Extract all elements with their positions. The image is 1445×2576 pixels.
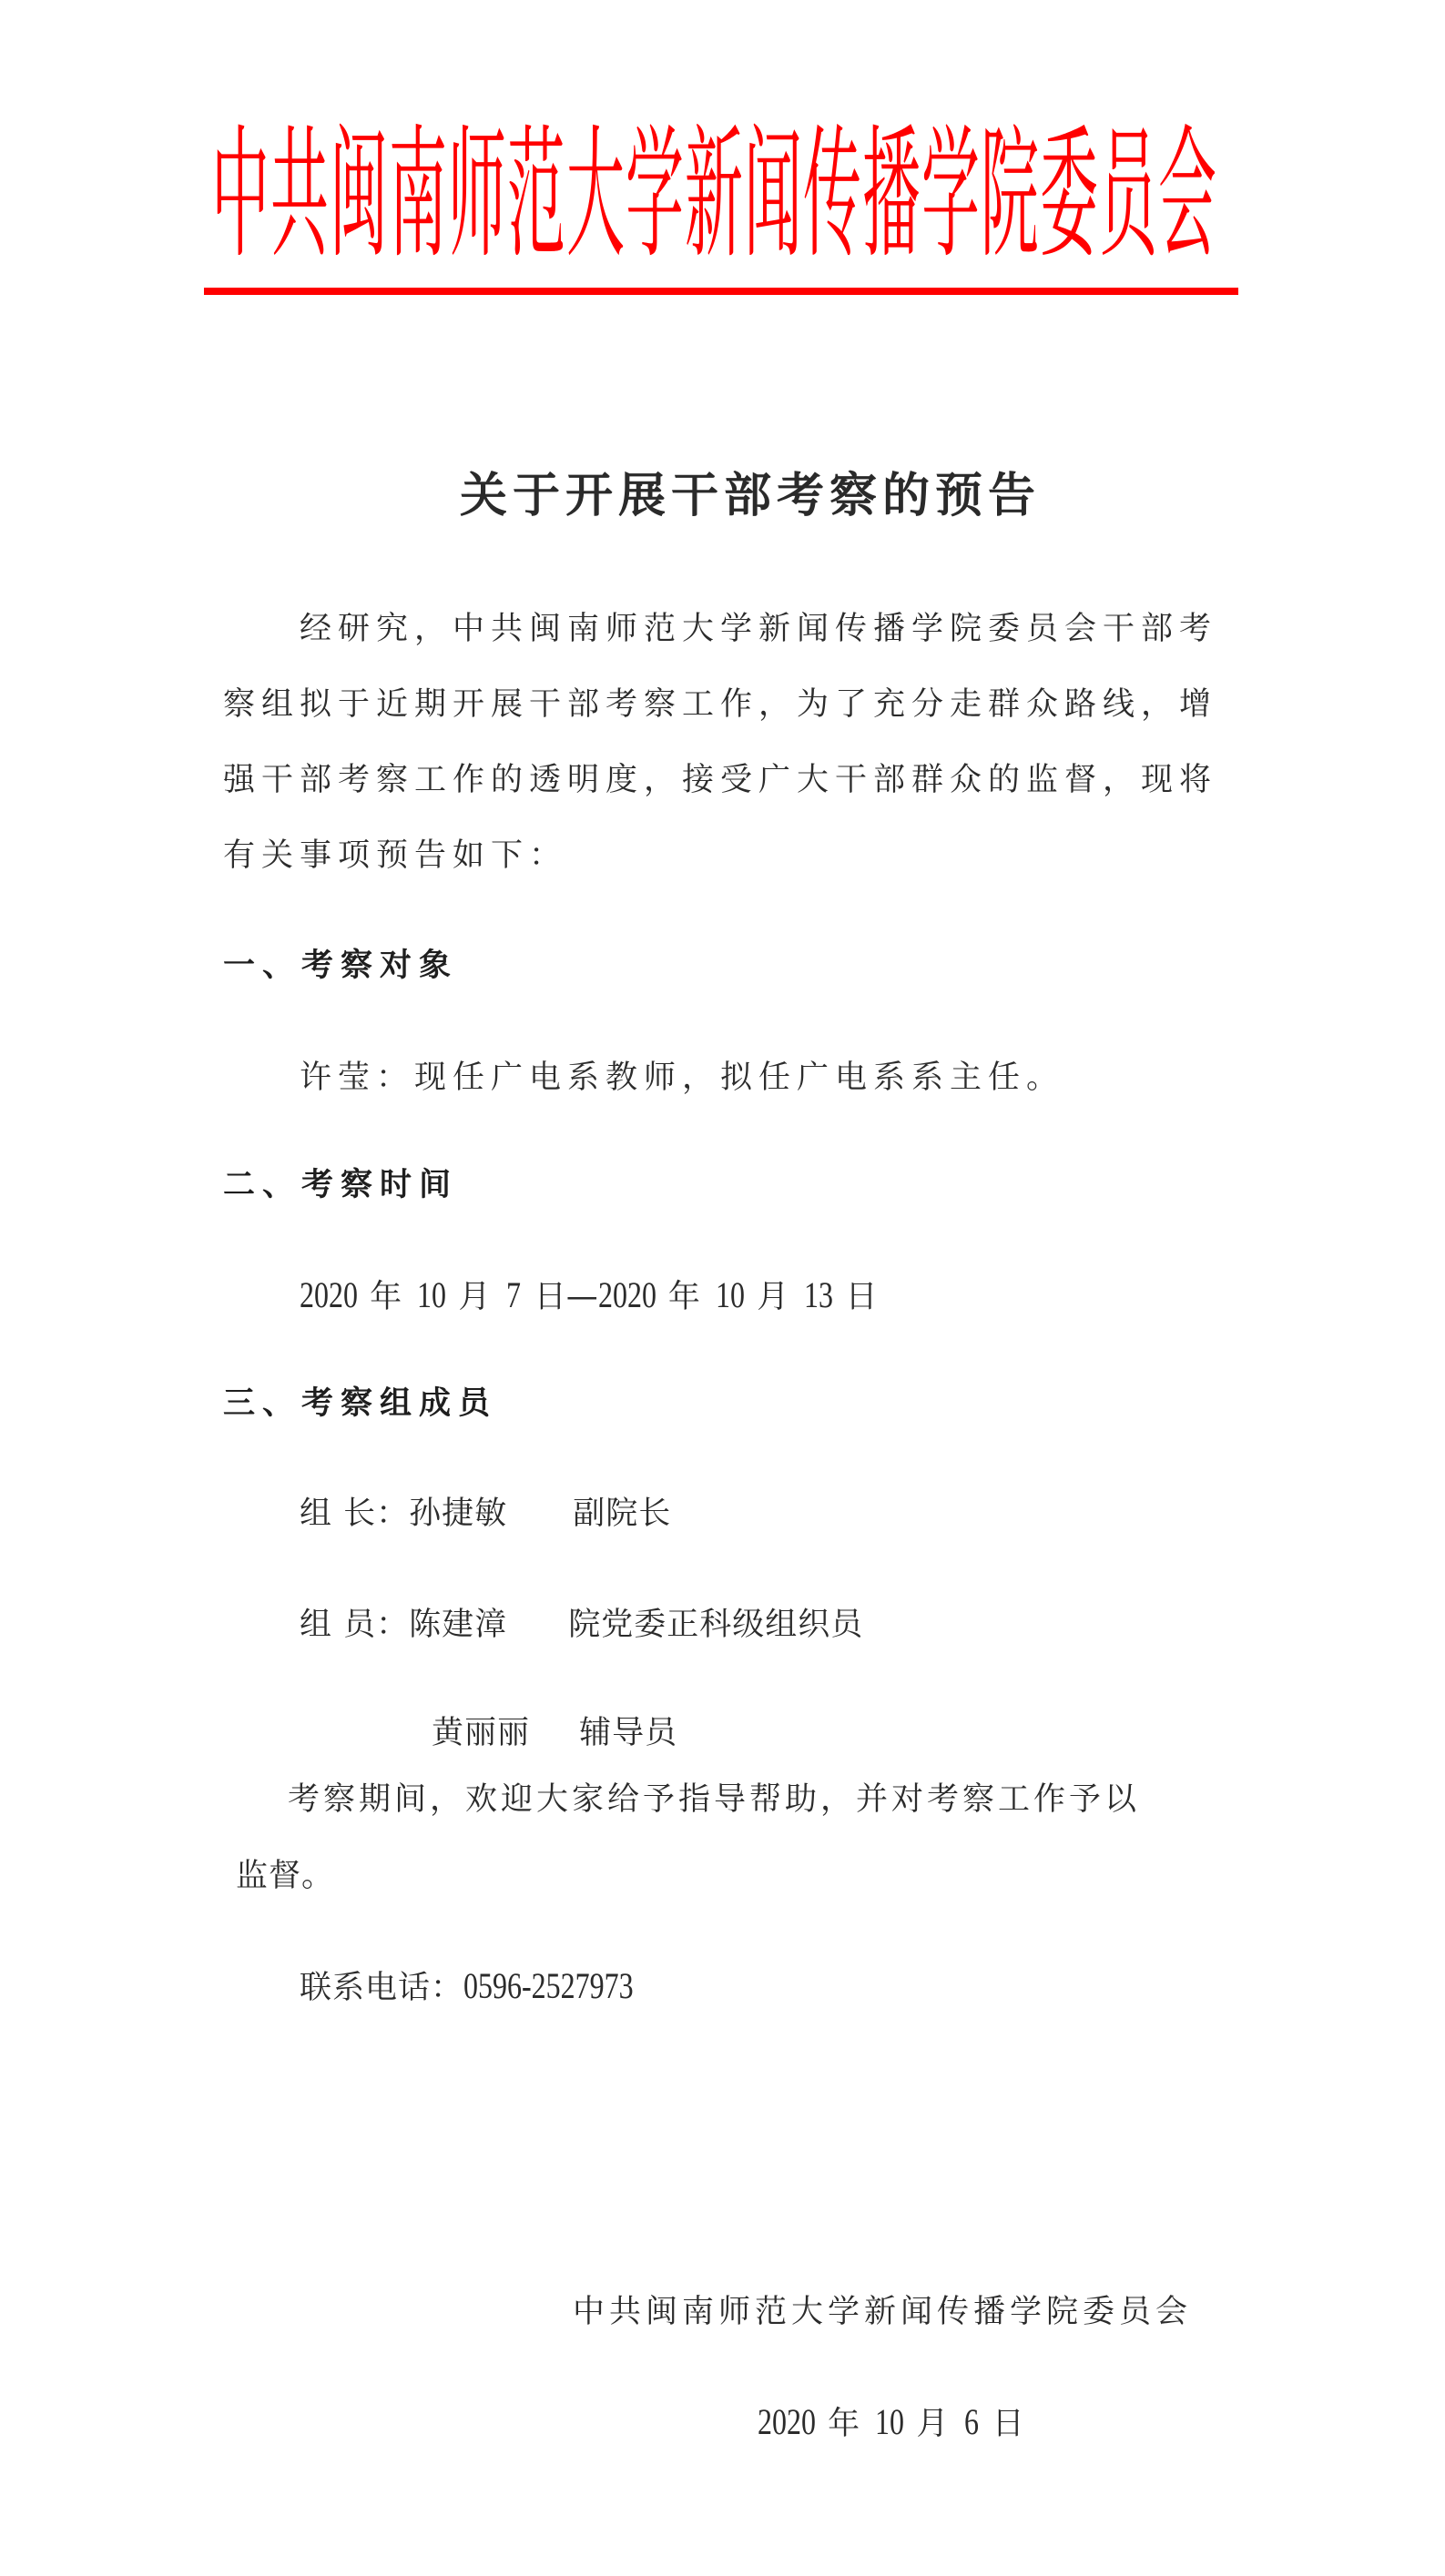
intro-line-4: 有关事项预告如下： (223, 833, 567, 878)
document-title: 关于开展干部考察的预告 (460, 466, 1061, 526)
member-position: 副院长 (573, 1496, 671, 1532)
closing-line-1: 考察期间，欢迎大家给予指导帮助，并对考察工作予以 (288, 1777, 1140, 1822)
contact-phone: 0596-2527973 (463, 1963, 634, 2009)
inspection-period: 2020 年 10 月 7 日—2020 年 10 月 13 日 (300, 1273, 878, 1320)
section-heading-subject: 一、考察对象 (223, 943, 458, 989)
member-position: 辅导员 (579, 1715, 677, 1751)
signature-day: 6 (964, 2399, 979, 2445)
intro-line-2: 察组拟于近期开展干部考察工作，为了充分走群众路线，增 (223, 682, 1217, 727)
member-position: 院党委正科级组织员 (568, 1607, 863, 1643)
day-unit: 日 (845, 1279, 877, 1315)
contact-label: 联系电话： (300, 1970, 463, 2006)
contact-line: 联系电话：0596-2527973 (300, 1963, 676, 2011)
day-unit: 日 (992, 2406, 1024, 2442)
member-name: 黄丽丽 (432, 1715, 530, 1751)
month-unit: 月 (916, 2406, 948, 2442)
signature-organization: 中共闽南师范大学新闻传播学院委员会 (573, 2289, 1192, 2335)
team-member-row: 黄丽丽 辅导员 (432, 1710, 677, 1756)
end-year: 2020 (598, 1273, 656, 1318)
team-member-row: 组 员：陈建漳 院党委正科级组织员 (300, 1602, 863, 1648)
year-unit: 年 (370, 1279, 402, 1315)
signature-year: 2020 (758, 2399, 816, 2445)
document-page: 中共闽南师范大学新闻传播学院委员会 关于开展干部考察的预告 经研究，中共闽南师范… (0, 0, 1445, 2576)
member-role: 组 员： (300, 1607, 409, 1643)
start-month: 10 (417, 1273, 446, 1318)
masthead-red-rule (204, 288, 1238, 295)
masthead-title: 中共闽南师范大学新闻传播学院委员会 (211, 126, 1231, 505)
closing-line-2: 监督。 (236, 1853, 334, 1899)
intro-line-3: 强干部考察工作的透明度，接受广大干部群众的监督，现将 (223, 757, 1217, 803)
member-role: 组 长： (300, 1496, 409, 1532)
member-name: 孙捷敏 (409, 1496, 507, 1532)
signature-date: 2020 年 10 月 6 日 (758, 2399, 1024, 2447)
member-name: 陈建漳 (409, 1607, 507, 1643)
end-day: 13 (804, 1273, 833, 1318)
section-heading-team: 三、考察组成员 (223, 1381, 497, 1426)
month-unit: 月 (757, 1279, 789, 1315)
signature-month: 10 (875, 2399, 904, 2445)
day-unit: 日 (534, 1279, 566, 1315)
year-unit: 年 (668, 1279, 700, 1315)
date-separator: — (566, 1279, 598, 1315)
intro-line-1: 经研究，中共闽南师范大学新闻传播学院委员会干部考 (300, 606, 1217, 652)
start-year: 2020 (300, 1273, 358, 1318)
team-leader-row: 组 长：孙捷敏 副院长 (300, 1491, 671, 1536)
month-unit: 月 (458, 1279, 490, 1315)
subject-description: 许莹：现任广电系教师，拟任广电系系主任。 (300, 1055, 1064, 1100)
section-heading-period: 二、考察时间 (223, 1162, 458, 1208)
start-day: 7 (506, 1273, 521, 1318)
year-unit: 年 (828, 2406, 860, 2442)
end-month: 10 (716, 1273, 745, 1318)
